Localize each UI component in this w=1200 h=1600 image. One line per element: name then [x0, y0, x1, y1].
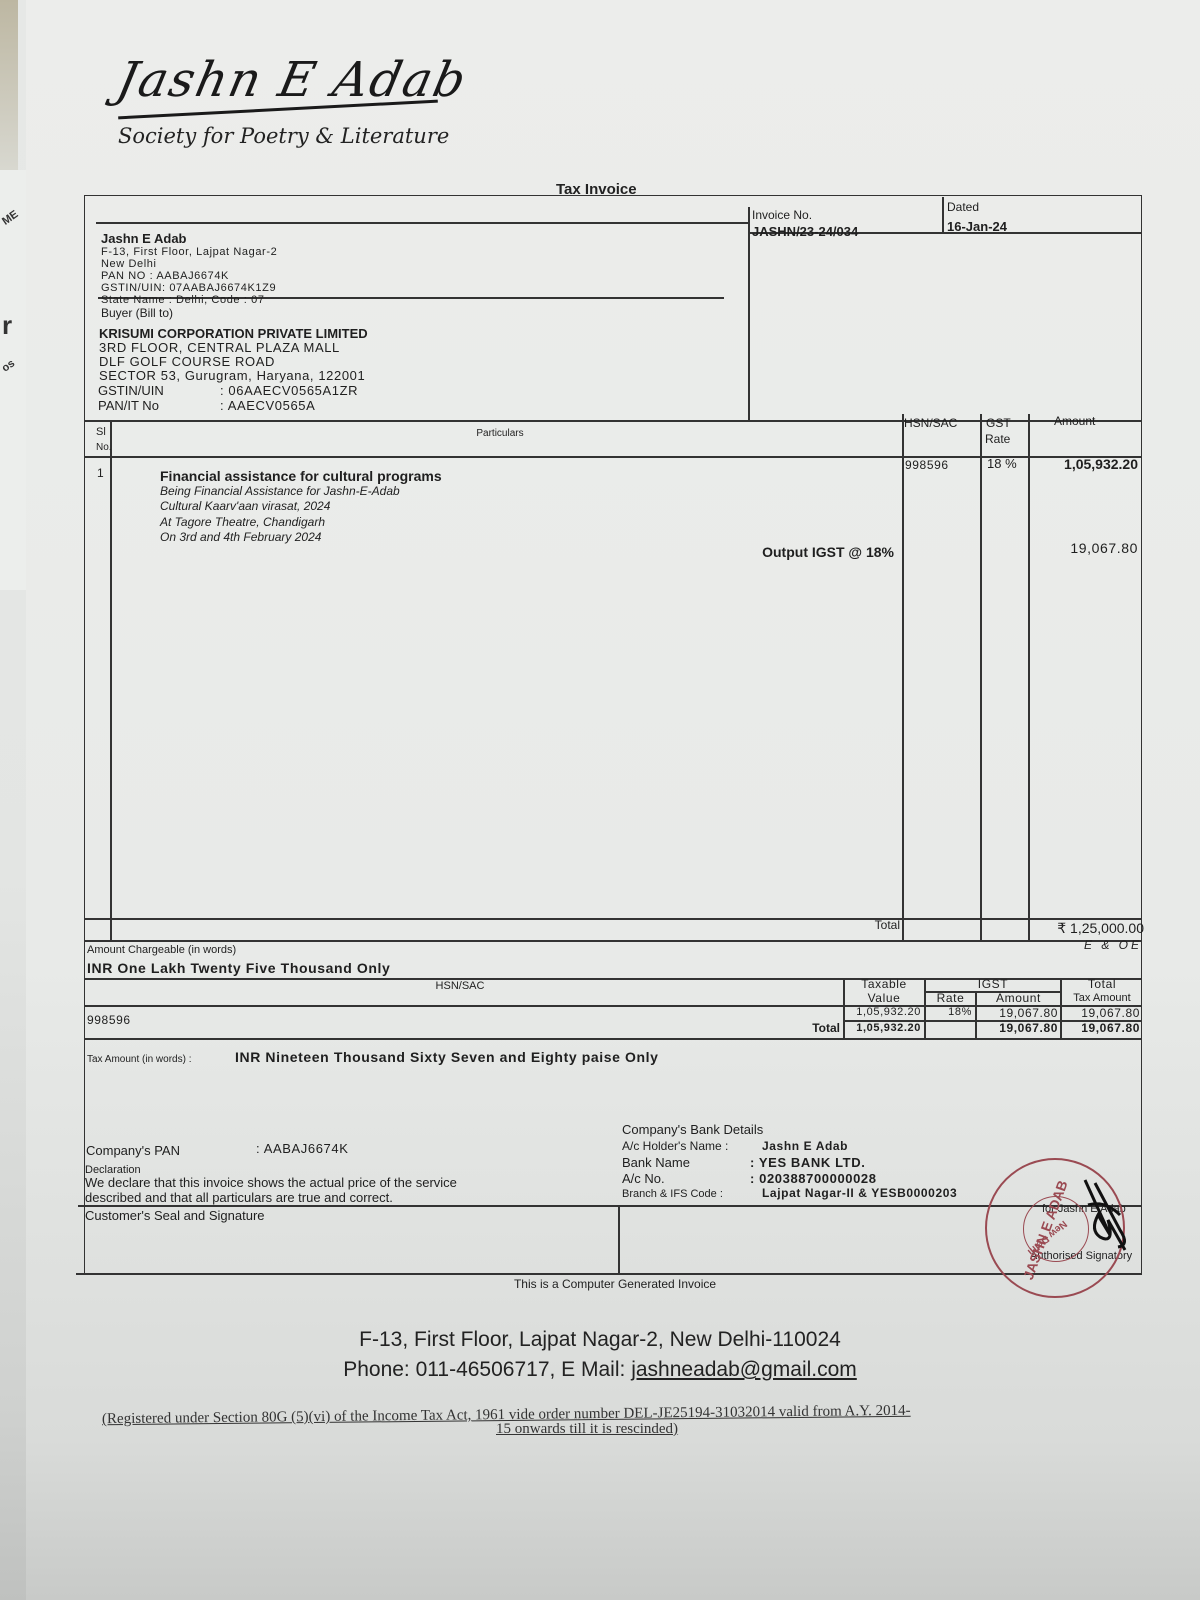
divider	[76, 1273, 1142, 1275]
footer-contact: Phone: 011-46506717, E Mail: jashneadab@…	[0, 1358, 1200, 1382]
underlying-text-fragment: ME	[0, 208, 20, 227]
tax-words-value: INR Nineteen Thousand Sixty Seven and Ei…	[235, 1049, 659, 1065]
item-description-line: On 3rd and 4th February 2024	[160, 530, 321, 544]
stamp-outer-text: JASHN E ADAB	[1020, 1178, 1071, 1282]
company-pan-value: : AABAJ6674K	[256, 1141, 348, 1156]
tax-line-amount: 19,067.80	[1030, 540, 1138, 556]
items-total-label: Total	[800, 918, 900, 932]
summary-header-total: Total	[1062, 977, 1142, 991]
divider	[84, 420, 1142, 422]
amount-words-value: INR One Lakh Twenty Five Thousand Only	[87, 960, 390, 976]
summary-rate: 18%	[926, 1006, 972, 1018]
summary-header-taxable: Taxable	[845, 977, 923, 991]
buyer-address-2: DLF GOLF COURSE ROAD	[99, 354, 275, 369]
summary-total-tax-amount: 19,067.80	[1062, 1021, 1140, 1035]
company-pan-label: Company's PAN	[86, 1143, 180, 1158]
bank-name-label: Bank Name	[622, 1155, 690, 1170]
divider	[84, 940, 1142, 942]
amount-words-label: Amount Chargeable (in words)	[87, 944, 236, 956]
underlying-sheet: ME r os	[0, 170, 28, 590]
divider	[980, 414, 982, 940]
summary-total-amount: 19,067.80	[977, 1021, 1058, 1035]
item-gst-rate: 18 %	[987, 456, 1017, 471]
summary-amount: 19,067.80	[977, 1006, 1058, 1020]
buyer-address-1: 3RD FLOOR, CENTRAL PLAZA MALL	[99, 340, 340, 355]
buyer-gstin-label: GSTIN/UIN	[98, 383, 164, 398]
bank-acno-value: : 020388700000028	[750, 1171, 877, 1186]
summary-header-amount: Amount	[977, 991, 1060, 1005]
seller-pan: PAN NO : AABAJ6674K	[101, 270, 229, 282]
summary-header-tax-amount: Tax Amount	[1062, 992, 1142, 1004]
buyer-name: KRISUMI CORPORATION PRIVATE LIMITED	[99, 326, 368, 341]
bank-holder-label: A/c Holder's Name :	[622, 1139, 728, 1153]
divider	[942, 197, 944, 232]
invoice-date: 16-Jan-24	[947, 219, 1007, 234]
summary-taxable-value: 1,05,932.20	[845, 1006, 921, 1018]
divider	[902, 414, 904, 940]
col-header-sl: Sl	[96, 426, 106, 438]
seller-name: Jashn E Adab	[101, 231, 186, 246]
divider	[84, 456, 1142, 458]
bank-acno-label: A/c No.	[622, 1171, 665, 1186]
bank-branch-value: Lajpat Nagar-II & YESB0000203	[762, 1186, 957, 1200]
invoice-no: JASHN/23-24/034	[752, 224, 858, 239]
footer-registration-2: 15 onwards till it is rescinded)	[496, 1421, 678, 1438]
divider	[110, 420, 112, 940]
divider	[78, 1205, 1142, 1207]
divider	[84, 918, 1142, 920]
item-amount: 1,05,932.20	[1030, 456, 1138, 472]
customer-seal-label: Customer's Seal and Signature	[85, 1208, 265, 1223]
divider	[1028, 414, 1030, 940]
underlying-text-fragment: r	[2, 310, 12, 341]
invoice-no-label: Invoice No.	[752, 208, 812, 222]
bank-details-heading: Company's Bank Details	[622, 1122, 763, 1137]
col-header-hsn-sac: HSN/SAC	[904, 416, 957, 430]
items-total-amount: ₹ 1,25,000.00	[1030, 920, 1144, 937]
summary-total-label: Total	[760, 1021, 840, 1035]
summary-header-rate: Rate	[926, 991, 975, 1005]
bank-name-value: : YES BANK LTD.	[750, 1155, 865, 1170]
footer-phone: Phone: 011-46506717, E Mail:	[343, 1358, 631, 1381]
col-header-gst: GST	[986, 416, 1011, 430]
declaration-line-2: described and that all particulars are t…	[85, 1190, 393, 1205]
declaration-line-1: We declare that this invoice shows the a…	[85, 1175, 457, 1190]
background-surface	[0, 0, 18, 170]
tax-words-label: Tax Amount (in words) :	[87, 1054, 191, 1065]
col-header-rate: Rate	[985, 432, 1010, 446]
dated-label: Dated	[947, 200, 979, 214]
bank-branch-label: Branch & IFS Code :	[622, 1188, 723, 1200]
bank-holder-value: Jashn E Adab	[762, 1139, 848, 1153]
org-tagline: Society for Poetry & Literature	[118, 124, 449, 148]
tax-line-label: Output IGST @ 18%	[640, 544, 894, 560]
item-hsn-sac: 998596	[905, 458, 949, 472]
divider	[84, 1038, 1142, 1040]
col-header-amount: Amount	[1054, 414, 1095, 428]
summary-header-hsn-sac: HSN/SAC	[380, 980, 540, 992]
seller-gstin: GSTIN/UIN: 07AABAJ6674K1Z9	[101, 282, 276, 294]
item-description-line: Being Financial Assistance for Jashn-E-A…	[160, 484, 400, 498]
divider	[748, 207, 750, 420]
buyer-pan: : AAECV0565A	[220, 398, 315, 413]
summary-header-value: Value	[845, 991, 923, 1005]
buyer-pan-label: PAN/IT No	[98, 398, 159, 413]
underlying-text-fragment: os	[0, 357, 17, 374]
stamp-inner-text: New Delhi	[1025, 1218, 1069, 1257]
eoe-note: E & OE	[1030, 938, 1142, 952]
signature-scribble	[1080, 1175, 1140, 1255]
buyer-gstin: : 06AAECV0565A1ZR	[220, 383, 358, 398]
item-title: Financial assistance for cultural progra…	[160, 468, 442, 484]
seller-state: State Name : Delhi, Code : 07	[101, 294, 265, 306]
seller-address-2: New Delhi	[101, 258, 157, 270]
buyer-address-3: SECTOR 53, Gurugram, Haryana, 122001	[99, 368, 365, 383]
summary-total-taxable: 1,05,932.20	[845, 1022, 921, 1034]
col-header-particulars: Particulars	[400, 428, 600, 439]
summary-header-igst: IGST	[926, 977, 1060, 991]
item-sl-no: 1	[97, 466, 104, 480]
computer-generated-note: This is a Computer Generated Invoice	[400, 1277, 830, 1291]
buyer-label: Buyer (Bill to)	[101, 306, 173, 320]
col-header-sl-no: No.	[96, 442, 112, 453]
divider	[96, 222, 748, 224]
footer-email-link[interactable]: jashneadab@gmail.com	[631, 1358, 857, 1381]
divider	[618, 1205, 620, 1275]
footer-address: F-13, First Floor, Lajpat Nagar-2, New D…	[0, 1328, 1200, 1352]
seller-address-1: F-13, First Floor, Lajpat Nagar-2	[101, 246, 277, 258]
item-description-line: At Tagore Theatre, Chandigarh	[160, 515, 325, 529]
item-description-line: Cultural Kaarv'aan virasat, 2024	[160, 499, 330, 513]
summary-hsn-sac: 998596	[87, 1013, 131, 1027]
summary-total-tax: 19,067.80	[1062, 1006, 1140, 1020]
